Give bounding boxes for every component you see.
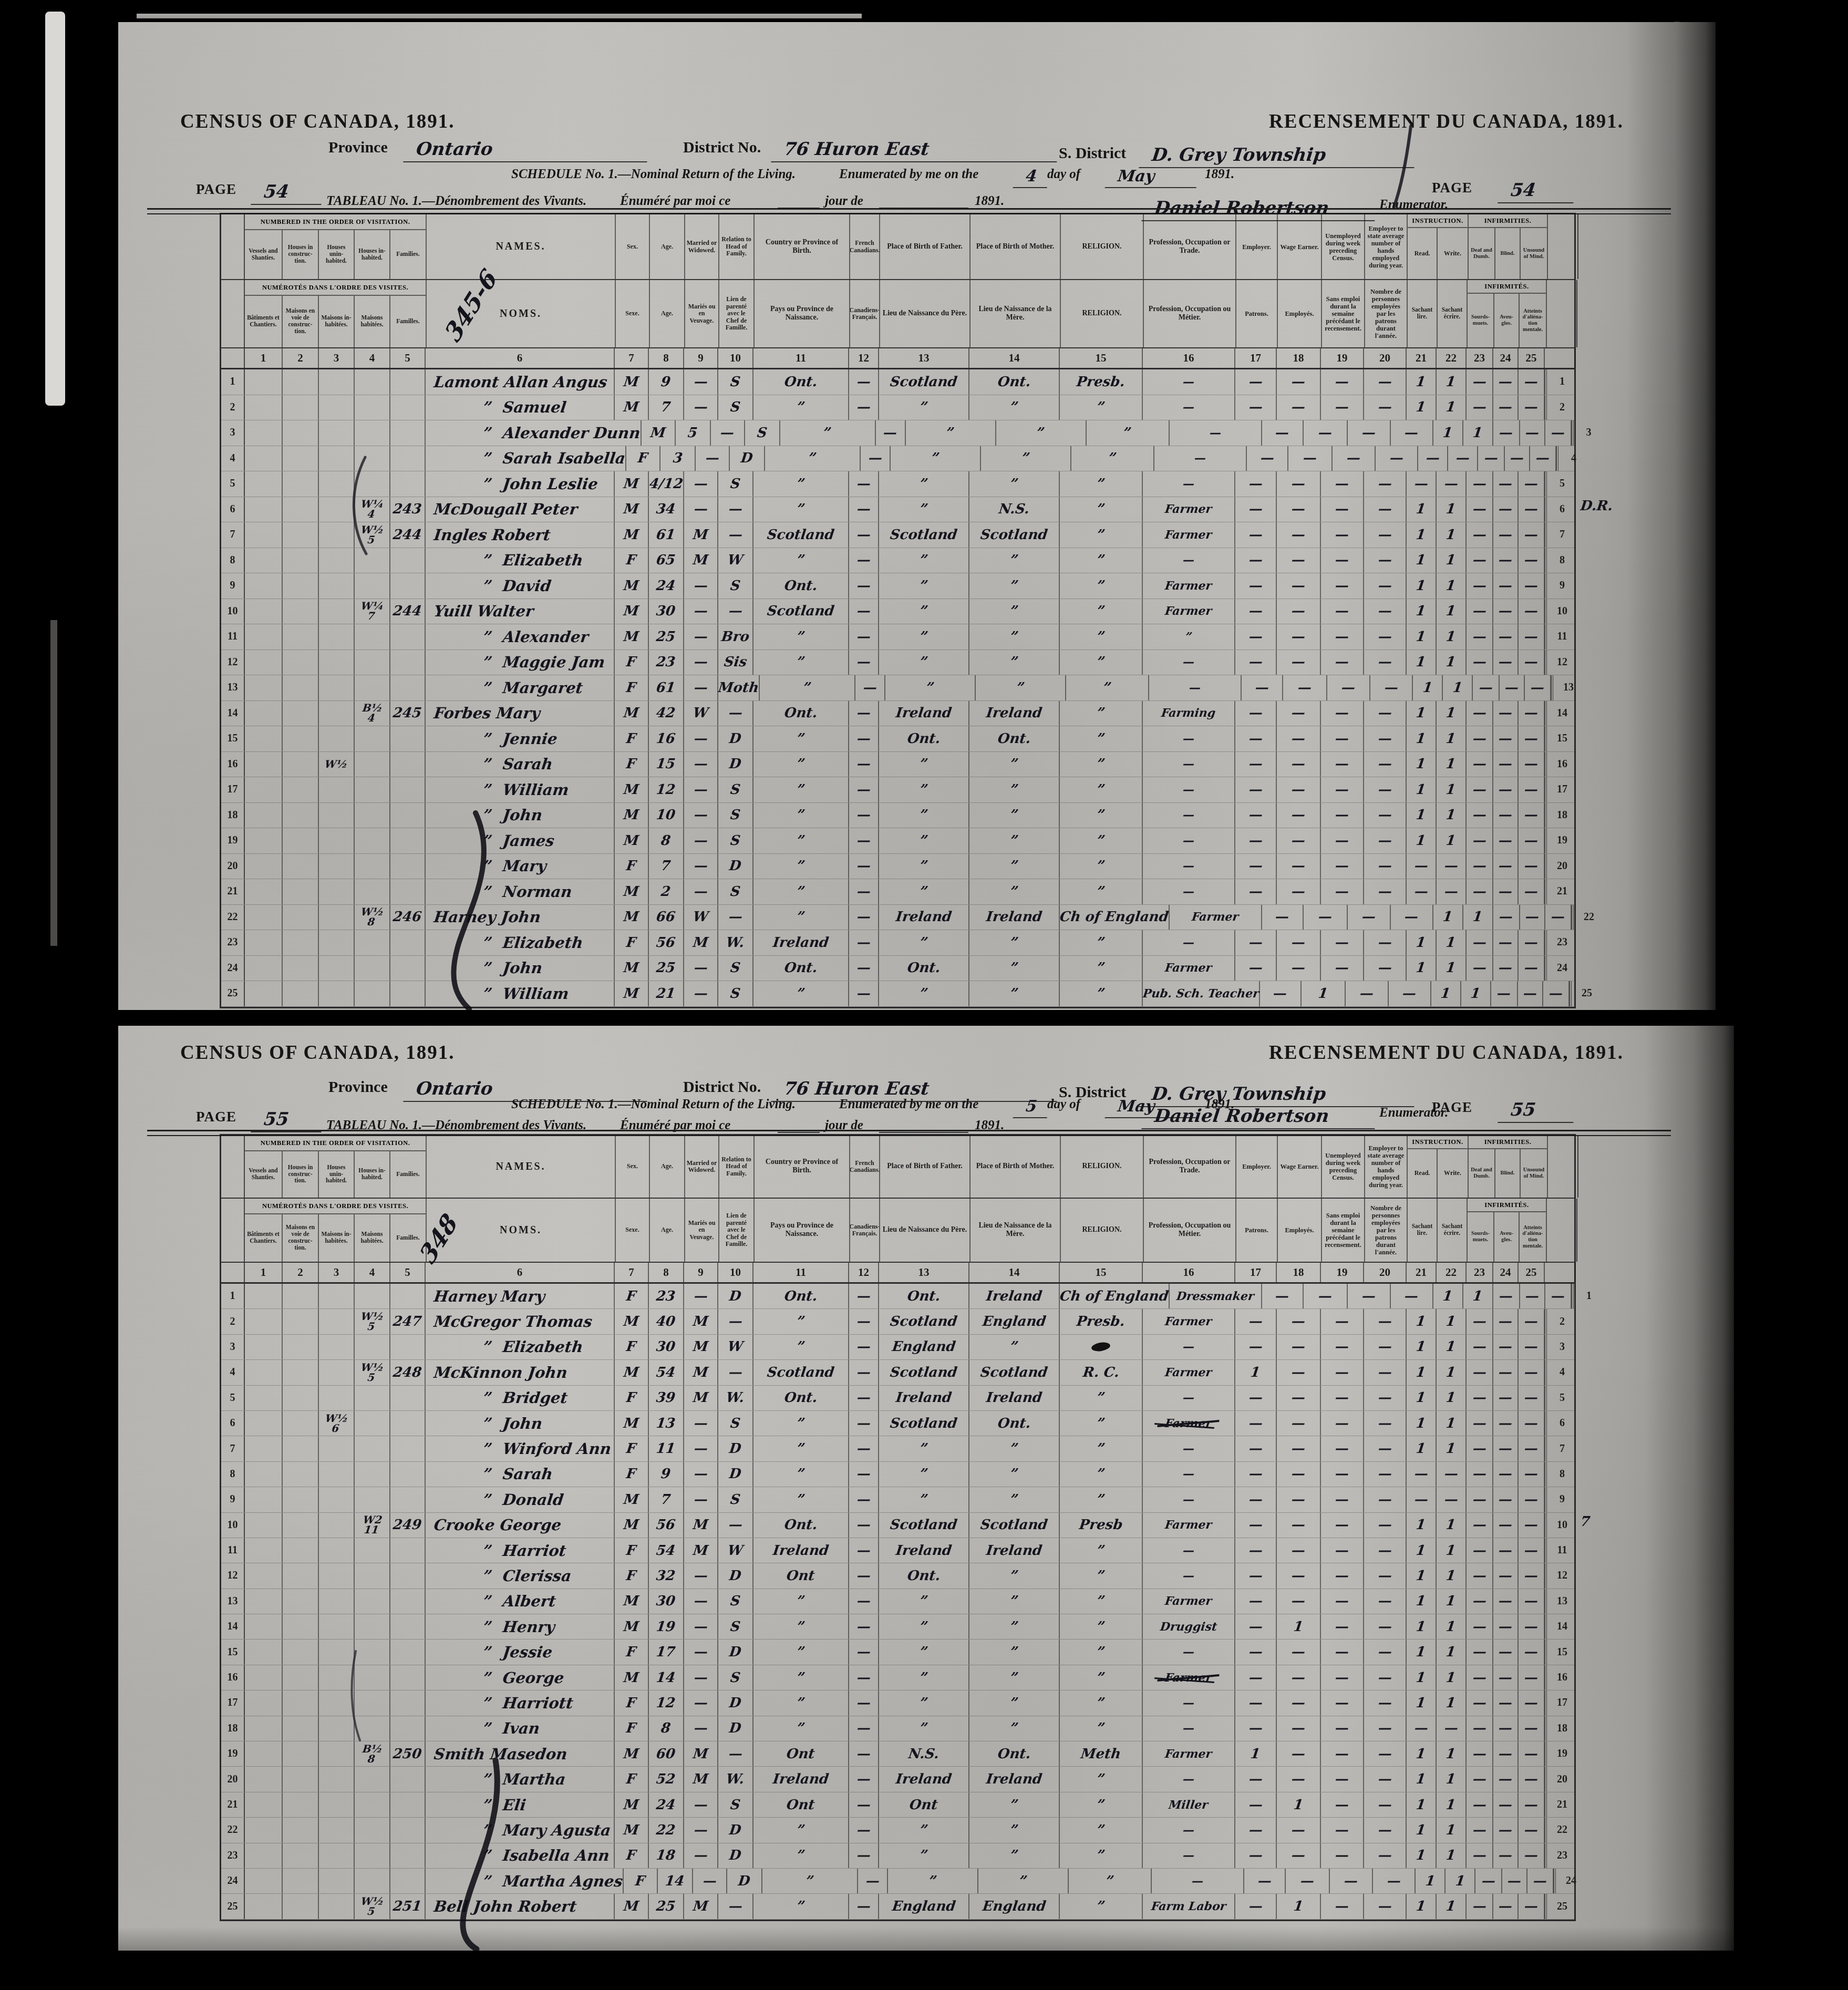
cell-write: 1 [1437, 1843, 1467, 1868]
value-birthplace: ” [796, 833, 806, 849]
col-header-houses-uninhabited: Houses unin- habited. [319, 230, 355, 279]
census-page-54: CENSUS OF CANADA, 1891. RECENSEMENT DU C… [118, 22, 1716, 1010]
value-write: 1 [1446, 1593, 1457, 1609]
col-number-13: 13 [879, 1263, 969, 1282]
value-age: 21 [656, 986, 677, 1002]
cell-houses-inhabited [355, 650, 390, 675]
value-birthplace: ” [796, 884, 806, 900]
value-french-canadian: — [856, 527, 872, 543]
value-father-birthplace: ” [919, 552, 929, 568]
value-occupation: — [1182, 400, 1195, 414]
value-wage-earner: — [1290, 884, 1306, 900]
cell-blind: — [1493, 1335, 1519, 1359]
cell-father-birthplace: ” [879, 1487, 969, 1512]
cell-wage-earner: — [1277, 956, 1321, 981]
cell-houses-uninhabited [319, 599, 355, 624]
cell-relation-to-head: Bro [718, 624, 753, 649]
margin-note: 7 [1579, 1514, 1591, 1530]
value-unemployed: — [1334, 527, 1350, 543]
cell-houses-uninhabited [319, 1386, 355, 1410]
col-header-houses-uninhabited: Maisons in- habitées. [319, 296, 355, 347]
value-write: 1 [1446, 1619, 1457, 1635]
cell-blind: — [1493, 701, 1519, 726]
table-row: 25W½ 5251Bell John RobertM25M—”—EnglandE… [221, 1894, 1574, 1919]
value-sex: M [623, 960, 639, 976]
cell-families [390, 1386, 426, 1410]
cell-houses-construction [283, 522, 319, 548]
cell-french-canadian: — [849, 1309, 879, 1334]
value-occupation: Pub. Sch. Teacher [1142, 987, 1259, 1001]
line-number-right: 4 [1556, 446, 1589, 471]
cell-vessels [245, 573, 283, 599]
cell-unsound-of-mind: — [1545, 1284, 1572, 1308]
page-title-french: RECENSEMENT DU CANADA, 1891. [1269, 1042, 1624, 1064]
value-unemployed: — [1334, 1492, 1350, 1508]
cell-blind: — [1493, 1894, 1519, 1919]
col-number-23: 23 [1467, 348, 1493, 368]
line-number-left: 17 [221, 777, 245, 802]
value-wage-earner: — [1290, 1390, 1306, 1406]
value-deaf-and-dumb: — [1481, 1873, 1496, 1889]
cell-wage-earner: — [1277, 777, 1321, 802]
col-number-24: 24 [1493, 348, 1519, 368]
value-blind: — [1498, 782, 1513, 798]
value-unemployed: — [1334, 960, 1350, 976]
value-sex: M [623, 1492, 639, 1508]
cell-vessels [245, 930, 283, 955]
value-religion: ” [1096, 1390, 1106, 1406]
value-families: 248 [393, 1365, 423, 1380]
value-sex: F [625, 858, 637, 874]
cell-wage-earner: — [1277, 1843, 1321, 1868]
value-wage-earner: — [1290, 374, 1306, 390]
col-header-deaf-and-dumb: Sourds- muets. [1468, 294, 1494, 347]
col-header-unsound-of-mind: Unsound of Mind. [1521, 1149, 1547, 1198]
cell-deaf-and-dumb: — [1467, 752, 1493, 777]
value-deaf-and-dumb: — [1472, 476, 1488, 492]
col-header-mother-birthplace: Lieu de Naissance de la Mère. [971, 280, 1061, 347]
value-mother-birthplace: ” [1009, 1720, 1019, 1736]
cell-age: 34 [649, 497, 684, 522]
value-hands-employed: — [1377, 1543, 1393, 1559]
cell-names: ” Elizabeth [426, 548, 615, 573]
value-write: — [1455, 450, 1471, 466]
cell-hands-employed: — [1364, 1309, 1407, 1334]
cell-houses-construction [283, 726, 319, 751]
value-sex: F [625, 1568, 637, 1584]
value-occupation: — [1182, 477, 1195, 491]
cell-houses-uninhabited [319, 624, 355, 649]
cell-houses-construction [283, 1436, 319, 1461]
value-mother-birthplace: ” [1009, 476, 1019, 492]
cell-hands-employed: — [1364, 1843, 1407, 1868]
visitation-group-title: NUMÉROTÉS DANS L'ORDRE DES VISITES. [245, 280, 426, 296]
cell-sex: M [615, 803, 649, 828]
cell-families: 250 [390, 1741, 426, 1766]
value-names: Ingles Robert [433, 526, 552, 544]
cell-houses-uninhabited [319, 854, 355, 879]
cell-vessels [245, 395, 283, 420]
value-married-widowed: — [693, 833, 709, 849]
cell-mother-birthplace: ” [969, 1792, 1060, 1817]
line-number-right: 9 [1545, 573, 1577, 599]
cell-houses-inhabited [355, 420, 390, 446]
cell-write: 1 [1437, 956, 1467, 981]
cell-deaf-and-dumb: — [1467, 522, 1493, 548]
cell-father-birthplace: Ireland [879, 701, 969, 726]
value-religion: ” [1096, 782, 1106, 798]
cell-birthplace: Ireland [753, 930, 849, 955]
cell-relation-to-head: — [718, 599, 753, 624]
enumeration-month: May [1106, 167, 1197, 188]
cell-unemployed: — [1321, 1716, 1364, 1741]
value-religion: ” [1096, 552, 1106, 568]
cell-married-widowed: — [684, 1614, 718, 1639]
cell-mother-birthplace: ” [969, 1818, 1060, 1842]
cell-employer: — [1235, 726, 1277, 751]
cell-father-birthplace: ” [879, 1843, 969, 1868]
value-religion: ” [1096, 1822, 1106, 1838]
page-number-value-right: 55 [1499, 1099, 1575, 1123]
cell-families: 248 [390, 1360, 426, 1385]
cell-unsound-of-mind: — [1519, 930, 1545, 955]
cell-occupation: Farmer [1143, 1741, 1235, 1766]
cell-wage-earner: — [1277, 1741, 1321, 1766]
value-sex: F [625, 1466, 637, 1482]
subdistrict-value: D. Grey Township [1140, 145, 1416, 168]
cell-wage-earner: — [1304, 905, 1348, 930]
value-employer: — [1248, 1416, 1264, 1431]
cell-married-widowed: — [684, 1284, 718, 1308]
cell-occupation: — [1143, 854, 1235, 879]
value-mother-birthplace: N.S. [998, 501, 1030, 517]
value-age: 39 [656, 1390, 677, 1406]
cell-father-birthplace: ” [879, 1665, 969, 1690]
col-number-14: 14 [969, 348, 1060, 368]
value-married-widowed: — [693, 1695, 709, 1711]
cell-houses-construction [283, 650, 319, 675]
line-number-right: 16 [1545, 752, 1577, 777]
value-father-birthplace: ” [919, 1492, 929, 1508]
table-row: 2” SamuelM7—S”—”””—————11———2 [221, 395, 1574, 421]
cell-families [390, 1640, 426, 1664]
value-birthplace: ” [796, 1492, 806, 1508]
cell-mother-birthplace: ” [969, 1487, 1060, 1512]
value-religion: ” [1096, 1848, 1106, 1863]
col-number-10: 10 [718, 1263, 753, 1282]
cell-birthplace: ” [753, 1690, 849, 1715]
cell-birthplace: Ont. [753, 1513, 849, 1538]
year-label: 1891. [1205, 167, 1234, 182]
cell-sex: M [615, 1741, 649, 1766]
line-number-right: 17 [1545, 1690, 1577, 1715]
cell-names: ” Jessie [426, 1640, 615, 1664]
value-father-birthplace: ” [919, 1670, 929, 1686]
value-blind: — [1498, 476, 1513, 492]
value-mother-birthplace: ” [1009, 1339, 1019, 1355]
cell-sex: F [615, 675, 649, 700]
cell-father-birthplace: Scotland [879, 369, 969, 395]
cell-vessels [245, 1487, 283, 1512]
cell-blind: — [1493, 395, 1519, 420]
instruction-group: INSTRUCTION.Read.Write. [1408, 1136, 1469, 1198]
cell-relation-to-head: S [718, 1411, 753, 1436]
value-names: Harney Mary [433, 1287, 546, 1305]
value-write: 1 [1446, 1797, 1457, 1813]
value-married-widowed: M [692, 1390, 709, 1406]
cell-unemployed: — [1321, 1411, 1364, 1436]
cell-age: 24 [649, 573, 684, 599]
cell-sex: M [615, 1309, 649, 1334]
cell-names: ” Harriott [426, 1690, 615, 1715]
value-wage-earner: 1 [1293, 1619, 1304, 1635]
cell-wage-earner: — [1277, 828, 1321, 853]
page-top-edge [137, 14, 862, 18]
value-blind: — [1498, 1695, 1513, 1711]
cell-occupation: — [1143, 1462, 1235, 1487]
cell-religion: Meth [1060, 1741, 1143, 1766]
district-value: 76 Huron East [772, 139, 1058, 162]
table-row: 13” AlbertM30—S”—”””Farmer————11———13 [221, 1589, 1574, 1614]
cell-wage-earner: — [1277, 497, 1321, 522]
value-sex: M [623, 527, 639, 543]
value-wage-earner: — [1290, 527, 1306, 543]
cell-father-birthplace: Scotland [879, 1513, 969, 1538]
cell-hands-employed: — [1364, 1614, 1407, 1639]
cell-read: 1 [1433, 1284, 1463, 1308]
cell-relation-to-head: S [718, 803, 753, 828]
cell-vessels [245, 1640, 283, 1664]
cell-names: ” Sarah [426, 752, 615, 777]
cell-married-widowed: — [684, 956, 718, 981]
cell-houses-uninhabited [319, 1513, 355, 1538]
cell-unemployed: — [1321, 1818, 1364, 1842]
line-number-right: 12 [1545, 1563, 1577, 1588]
value-blind: — [1498, 858, 1513, 874]
cell-deaf-and-dumb: — [1475, 1869, 1502, 1893]
value-father-birthplace: ” [919, 935, 929, 951]
col-number-1: 1 [245, 348, 283, 368]
cell-father-birthplace: Ont. [879, 1284, 969, 1308]
table-row: 18” IvanF8—D”—”””——————————18 [221, 1716, 1574, 1741]
cell-houses-uninhabited [319, 1665, 355, 1690]
value-hands-employed: — [1377, 858, 1393, 874]
line-number-right: 14 [1545, 1614, 1577, 1639]
cell-hands-employed: — [1364, 726, 1407, 751]
infirmities-group-columns: Sourds- muets.Aveu- gles.Atteints d'alié… [1468, 1212, 1546, 1262]
cell-birthplace: ” [753, 1665, 849, 1690]
cell-read: 1 [1407, 650, 1437, 675]
cell-french-canadian: — [849, 726, 879, 751]
cell-unsound-of-mind: — [1519, 1462, 1545, 1487]
cell-wage-earner: — [1277, 1690, 1321, 1715]
cell-families [390, 1462, 426, 1487]
col-header-french-canadian: French Canadians. [850, 1136, 880, 1198]
cell-wage-earner: 1 [1277, 1792, 1321, 1817]
cell-relation-to-head: — [718, 1741, 753, 1766]
value-sex: F [625, 552, 637, 568]
cell-mother-birthplace: Ont. [969, 1741, 1060, 1766]
cell-unsound-of-mind: — [1519, 752, 1545, 777]
value-employer: — [1248, 1670, 1264, 1686]
cell-hands-employed: — [1364, 1360, 1407, 1385]
cell-sex: F [615, 1716, 649, 1741]
cell-employer: — [1235, 1843, 1277, 1868]
cell-occupation: — [1143, 1690, 1235, 1715]
value-french-canadian: — [856, 374, 872, 390]
col-number-16: 16 [1143, 348, 1235, 368]
value-age: 54 [656, 1543, 677, 1559]
value-sex: F [625, 756, 637, 772]
value-names: ” James [482, 832, 555, 850]
line-number-right: 19 [1545, 1741, 1577, 1766]
line-number-left: 15 [221, 726, 245, 751]
cell-houses-uninhabited [319, 446, 355, 471]
cell-married-widowed: M [684, 1513, 718, 1538]
cell-houses-construction [283, 1411, 319, 1436]
cell-blind: — [1493, 1843, 1519, 1868]
cell-occupation: — [1143, 395, 1235, 420]
value-birthplace: ” [796, 1822, 806, 1838]
value-wage-earner: 1 [1293, 1797, 1304, 1813]
cell-age: 65 [649, 548, 684, 573]
value-age: 18 [656, 1848, 677, 1863]
cell-vessels [245, 1335, 283, 1359]
value-wage-earner: — [1290, 476, 1306, 492]
col-header-families: Familles. [390, 296, 426, 347]
col-header-married-widowed: Married or Widowed. [685, 214, 719, 279]
col-header-occupation: Profession, Occupation or Trade. [1144, 1136, 1236, 1198]
value-blind: — [1498, 884, 1513, 900]
cell-mother-birthplace: Scotland [969, 1360, 1060, 1385]
cell-birthplace: ” [753, 1335, 849, 1359]
value-write: 1 [1446, 1670, 1457, 1686]
col-header-hands-employed: Nombre de personnes employées par les pa… [1365, 280, 1408, 347]
value-houses-inhabited: W½ 5 [359, 525, 385, 545]
cell-unemployed: — [1321, 522, 1364, 548]
value-wage-earner: — [1290, 731, 1306, 747]
value-married-widowed: — [693, 782, 709, 798]
cell-write: — [1437, 1487, 1467, 1512]
enumerator-signature: Daniel Robertson [1143, 1106, 1376, 1129]
cell-write: 1 [1463, 420, 1493, 446]
cell-wage-earner: — [1277, 1767, 1321, 1791]
value-sex: M [623, 1593, 639, 1609]
col-header-write: Sachant écrire. [1438, 280, 1468, 347]
cell-employer: — [1235, 1614, 1277, 1639]
line-number-left: 6 [221, 1411, 245, 1436]
cell-wage-earner: — [1277, 395, 1321, 420]
cell-hands-employed: — [1364, 1411, 1407, 1436]
cell-families: 243 [390, 497, 426, 522]
cell-families: 251 [390, 1894, 426, 1919]
cell-married-widowed: — [684, 650, 718, 675]
cell-wage-earner: — [1277, 1716, 1321, 1741]
line-number-margin [1548, 1136, 1578, 1198]
cell-hands-employed: — [1370, 675, 1413, 700]
line-number-left: 17 [221, 1690, 245, 1715]
value-occupation: — [1182, 553, 1195, 567]
cell-houses-construction [283, 1589, 319, 1614]
value-unemployed: — [1334, 501, 1350, 517]
value-occupation: — [1182, 655, 1195, 669]
line-number-left: 5 [221, 471, 245, 497]
cell-hands-employed: — [1364, 1487, 1407, 1512]
value-unsound-of-mind: — [1523, 1568, 1539, 1584]
value-french-canadian: — [856, 501, 872, 517]
value-sex: M [623, 1314, 639, 1329]
value-blind: — [1498, 629, 1513, 645]
value-blind: — [1498, 578, 1513, 594]
margin-note: D.R. [1579, 498, 1614, 514]
cell-age: 54 [649, 1360, 684, 1385]
value-age: 5 [687, 425, 698, 441]
value-hands-employed: — [1377, 1568, 1393, 1584]
value-age: 8 [660, 1720, 672, 1736]
value-occupation: — [1182, 1493, 1195, 1507]
cell-married-widowed: — [684, 752, 718, 777]
cell-houses-construction [283, 573, 319, 599]
value-unemployed: — [1334, 1568, 1350, 1584]
value-hands-employed: — [1377, 578, 1393, 594]
col-number-5: 5 [390, 1263, 426, 1282]
cell-houses-uninhabited [319, 420, 355, 446]
cell-deaf-and-dumb: — [1467, 1462, 1493, 1487]
cell-houses-uninhabited [319, 1792, 355, 1817]
cell-mother-birthplace: ” [969, 1665, 1060, 1690]
cell-read: 1 [1407, 956, 1437, 981]
value-occupation-struck-out: Farmer [1164, 1417, 1213, 1430]
cell-relation-to-head: D [718, 1818, 753, 1842]
value-religion: Meth [1080, 1746, 1122, 1762]
cell-hands-employed: — [1391, 905, 1433, 930]
cell-unsound-of-mind: — [1519, 1563, 1545, 1588]
cell-write: 1 [1463, 1284, 1493, 1308]
cell-married-widowed: — [696, 446, 730, 471]
cell-hands-employed: — [1364, 752, 1407, 777]
cell-father-birthplace: ” [879, 803, 969, 828]
cell-unemployed: — [1321, 548, 1364, 573]
cell-families [390, 1589, 426, 1614]
value-french-canadian: — [856, 909, 872, 925]
value-names: ” Martha Agnes [482, 1872, 624, 1890]
cell-mother-birthplace: ” [969, 1335, 1060, 1359]
col-header-vessels: Bâtiments et Chantiers. [245, 1214, 283, 1262]
cell-unemployed: — [1348, 905, 1391, 930]
value-hands-employed: — [1386, 1873, 1402, 1889]
cell-read: 1 [1407, 1614, 1437, 1639]
value-names: ” Sarah Isabella [482, 449, 626, 467]
value-employer: 1 [1250, 1746, 1262, 1762]
cell-unsound-of-mind: — [1519, 1741, 1545, 1766]
value-deaf-and-dumb: — [1472, 1466, 1488, 1482]
value-blind: — [1498, 1441, 1513, 1457]
cell-wage-earner: — [1277, 930, 1321, 955]
cell-unemployed: — [1321, 1309, 1364, 1334]
col-number-19: 19 [1321, 348, 1364, 368]
cell-houses-uninhabited [319, 1894, 355, 1919]
cell-houses-uninhabited [319, 675, 355, 700]
cell-houses-construction [283, 624, 319, 649]
cell-unemployed: — [1321, 1335, 1364, 1359]
cell-wage-earner: — [1277, 1309, 1321, 1334]
value-hands-employed: — [1377, 1314, 1393, 1329]
cell-age: 14 [649, 1665, 684, 1690]
value-deaf-and-dumb: — [1472, 1593, 1488, 1609]
col-header-unemployed: Unemployed during week preceding Census. [1322, 1136, 1365, 1198]
col-header-married-widowed: Mariés ou en Veuvage. [685, 280, 719, 347]
cell-write: 1 [1437, 1386, 1467, 1410]
